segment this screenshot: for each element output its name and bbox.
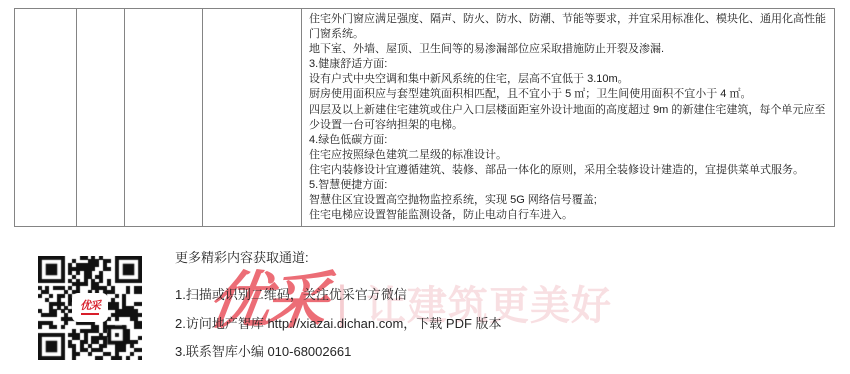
table-text-lines: 住宅外门窗应满足强度、隔声、防火、防水、防潮、节能等要求，并宜采用标准化、模块化… (309, 12, 826, 223)
table-empty-cell-3 (125, 9, 204, 226)
footer-item-wechat: 1.扫描或识别二维码，关注优采官方微信 (175, 287, 407, 302)
footer-item-download: 2.访问地产智库 http://xiazai.dichan.com，下载 PDF… (175, 316, 502, 331)
table-text-line: 门窗系统。 (309, 27, 826, 42)
table-text-line: 住宅电梯应设置智能监测设备，防止电动自行车进入。 (309, 208, 826, 223)
table-text-line: 4.绿色低碳方面: (309, 133, 826, 148)
document-page: 住宅外门窗应满足强度、隔声、防火、防水、防潮、节能等要求，并宜采用标准化、模块化… (0, 0, 850, 374)
qr-center-logo: 优采 (74, 295, 106, 320)
table-empty-cell-1 (15, 9, 77, 226)
qr-logo-underline (81, 313, 99, 315)
table-text-line: 智慧住区宜设置高空抛物监控系统，实现 5G 网络信号覆盖; (309, 193, 826, 208)
table-text-line: 住宅应按照绿色建筑二星级的标准设计。 (309, 148, 826, 163)
table-text-line: 住宅外门窗应满足强度、隔声、防火、防水、防潮、节能等要求，并宜采用标准化、模块化… (309, 12, 826, 27)
footer-heading: 更多精彩内容获取通道: (175, 250, 309, 265)
wechat-qr-code: 优采 (38, 256, 142, 360)
footer-item-contact: 3.联系智库小编 010-68002661 (175, 344, 351, 359)
table-empty-cell-4 (203, 9, 302, 226)
table-text-line: 3.健康舒适方面: (309, 57, 826, 72)
table-text-line: 地下室、外墙、屋顶、卫生间等的易渗漏部位应采取措施防止开裂及渗漏. (309, 42, 826, 57)
table-text-line: 少设置一台可容纳担架的电梯。 (309, 118, 826, 133)
table-text-line: 四层及以上新建住宅建筑或住户入口层楼面距室外设计地面的高度超过 9m 的新建住宅… (309, 103, 826, 118)
table-content-cell: 住宅外门窗应满足强度、隔声、防火、防水、防潮、节能等要求，并宜采用标准化、模块化… (302, 9, 834, 226)
qr-logo-text: 优采 (80, 300, 100, 312)
table-text-line: 5.智慧便捷方面: (309, 178, 826, 193)
table-text-line: 厨房使用面积应与套型建筑面积相匹配，且不宜小于 5 ㎡；卫生间使用面积不宜小于 … (309, 87, 826, 102)
spec-table: 住宅外门窗应满足强度、隔声、防火、防水、防潮、节能等要求，并宜采用标准化、模块化… (14, 8, 835, 227)
table-empty-cell-2 (77, 9, 125, 226)
table-text-line: 住宅内装修设计宜遵循建筑、装修、部品一体化的原则，采用全装修设计建造的，宜提供菜… (309, 163, 826, 178)
table-text-line: 设有户式中央空调和集中新风系统的住宅，层高不宜低于 3.10m。 (309, 72, 826, 87)
